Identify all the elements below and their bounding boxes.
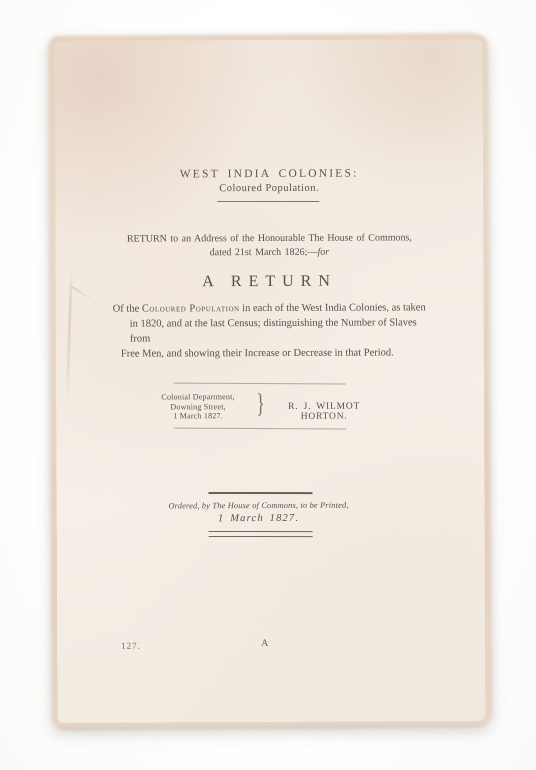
body-paragraph: Of the Coloured Population in each of th… xyxy=(113,300,437,361)
paper-number: 127. xyxy=(121,641,141,651)
imprint-rule-top xyxy=(208,492,312,494)
imprint-date-line: 1 March 1827. xyxy=(57,512,461,525)
body-line-3: Free Men, and showing their Increase or … xyxy=(113,345,437,361)
address-for-italic: for xyxy=(317,247,329,258)
signature-mark: A xyxy=(261,638,268,649)
department-line-2: Downing Street, xyxy=(142,402,254,412)
brace-icon: } xyxy=(256,389,265,418)
ornamental-rule xyxy=(174,383,346,385)
ornamental-rule xyxy=(174,428,346,430)
address-paragraph: RETURN to an Address of the Honourable T… xyxy=(55,231,483,261)
signatory-name: R. J. WILMOT HORTON. xyxy=(268,402,380,422)
document-photo: WEST INDIA COLONIES: Coloured Population… xyxy=(0,0,536,770)
department-line-1: Colonial Department, xyxy=(142,392,254,402)
return-heading: A RETURN xyxy=(56,272,484,292)
colonial-department-block: Colonial Department, Downing Street, 1 M… xyxy=(142,392,254,421)
document-subtitle: Coloured Population. xyxy=(55,182,483,195)
imprint-order-line: Ordered, by The House of Commons, to be … xyxy=(57,500,461,511)
department-line-3: 1 March 1827. xyxy=(142,411,254,421)
address-line-2: dated 21st March 1826;—for xyxy=(55,245,483,261)
smallcaps-phrase: Coloured Population xyxy=(142,303,240,314)
imprint-rule-bottom xyxy=(209,531,313,537)
title-page: WEST INDIA COLONIES: Coloured Population… xyxy=(55,39,486,723)
document-title: WEST INDIA COLONIES: xyxy=(55,167,483,181)
body-line-2: in 1820, and at the last Census; disting… xyxy=(113,315,437,346)
ornamental-rule xyxy=(217,201,319,202)
body-line-1: Of the Coloured Population in each of th… xyxy=(113,300,437,316)
